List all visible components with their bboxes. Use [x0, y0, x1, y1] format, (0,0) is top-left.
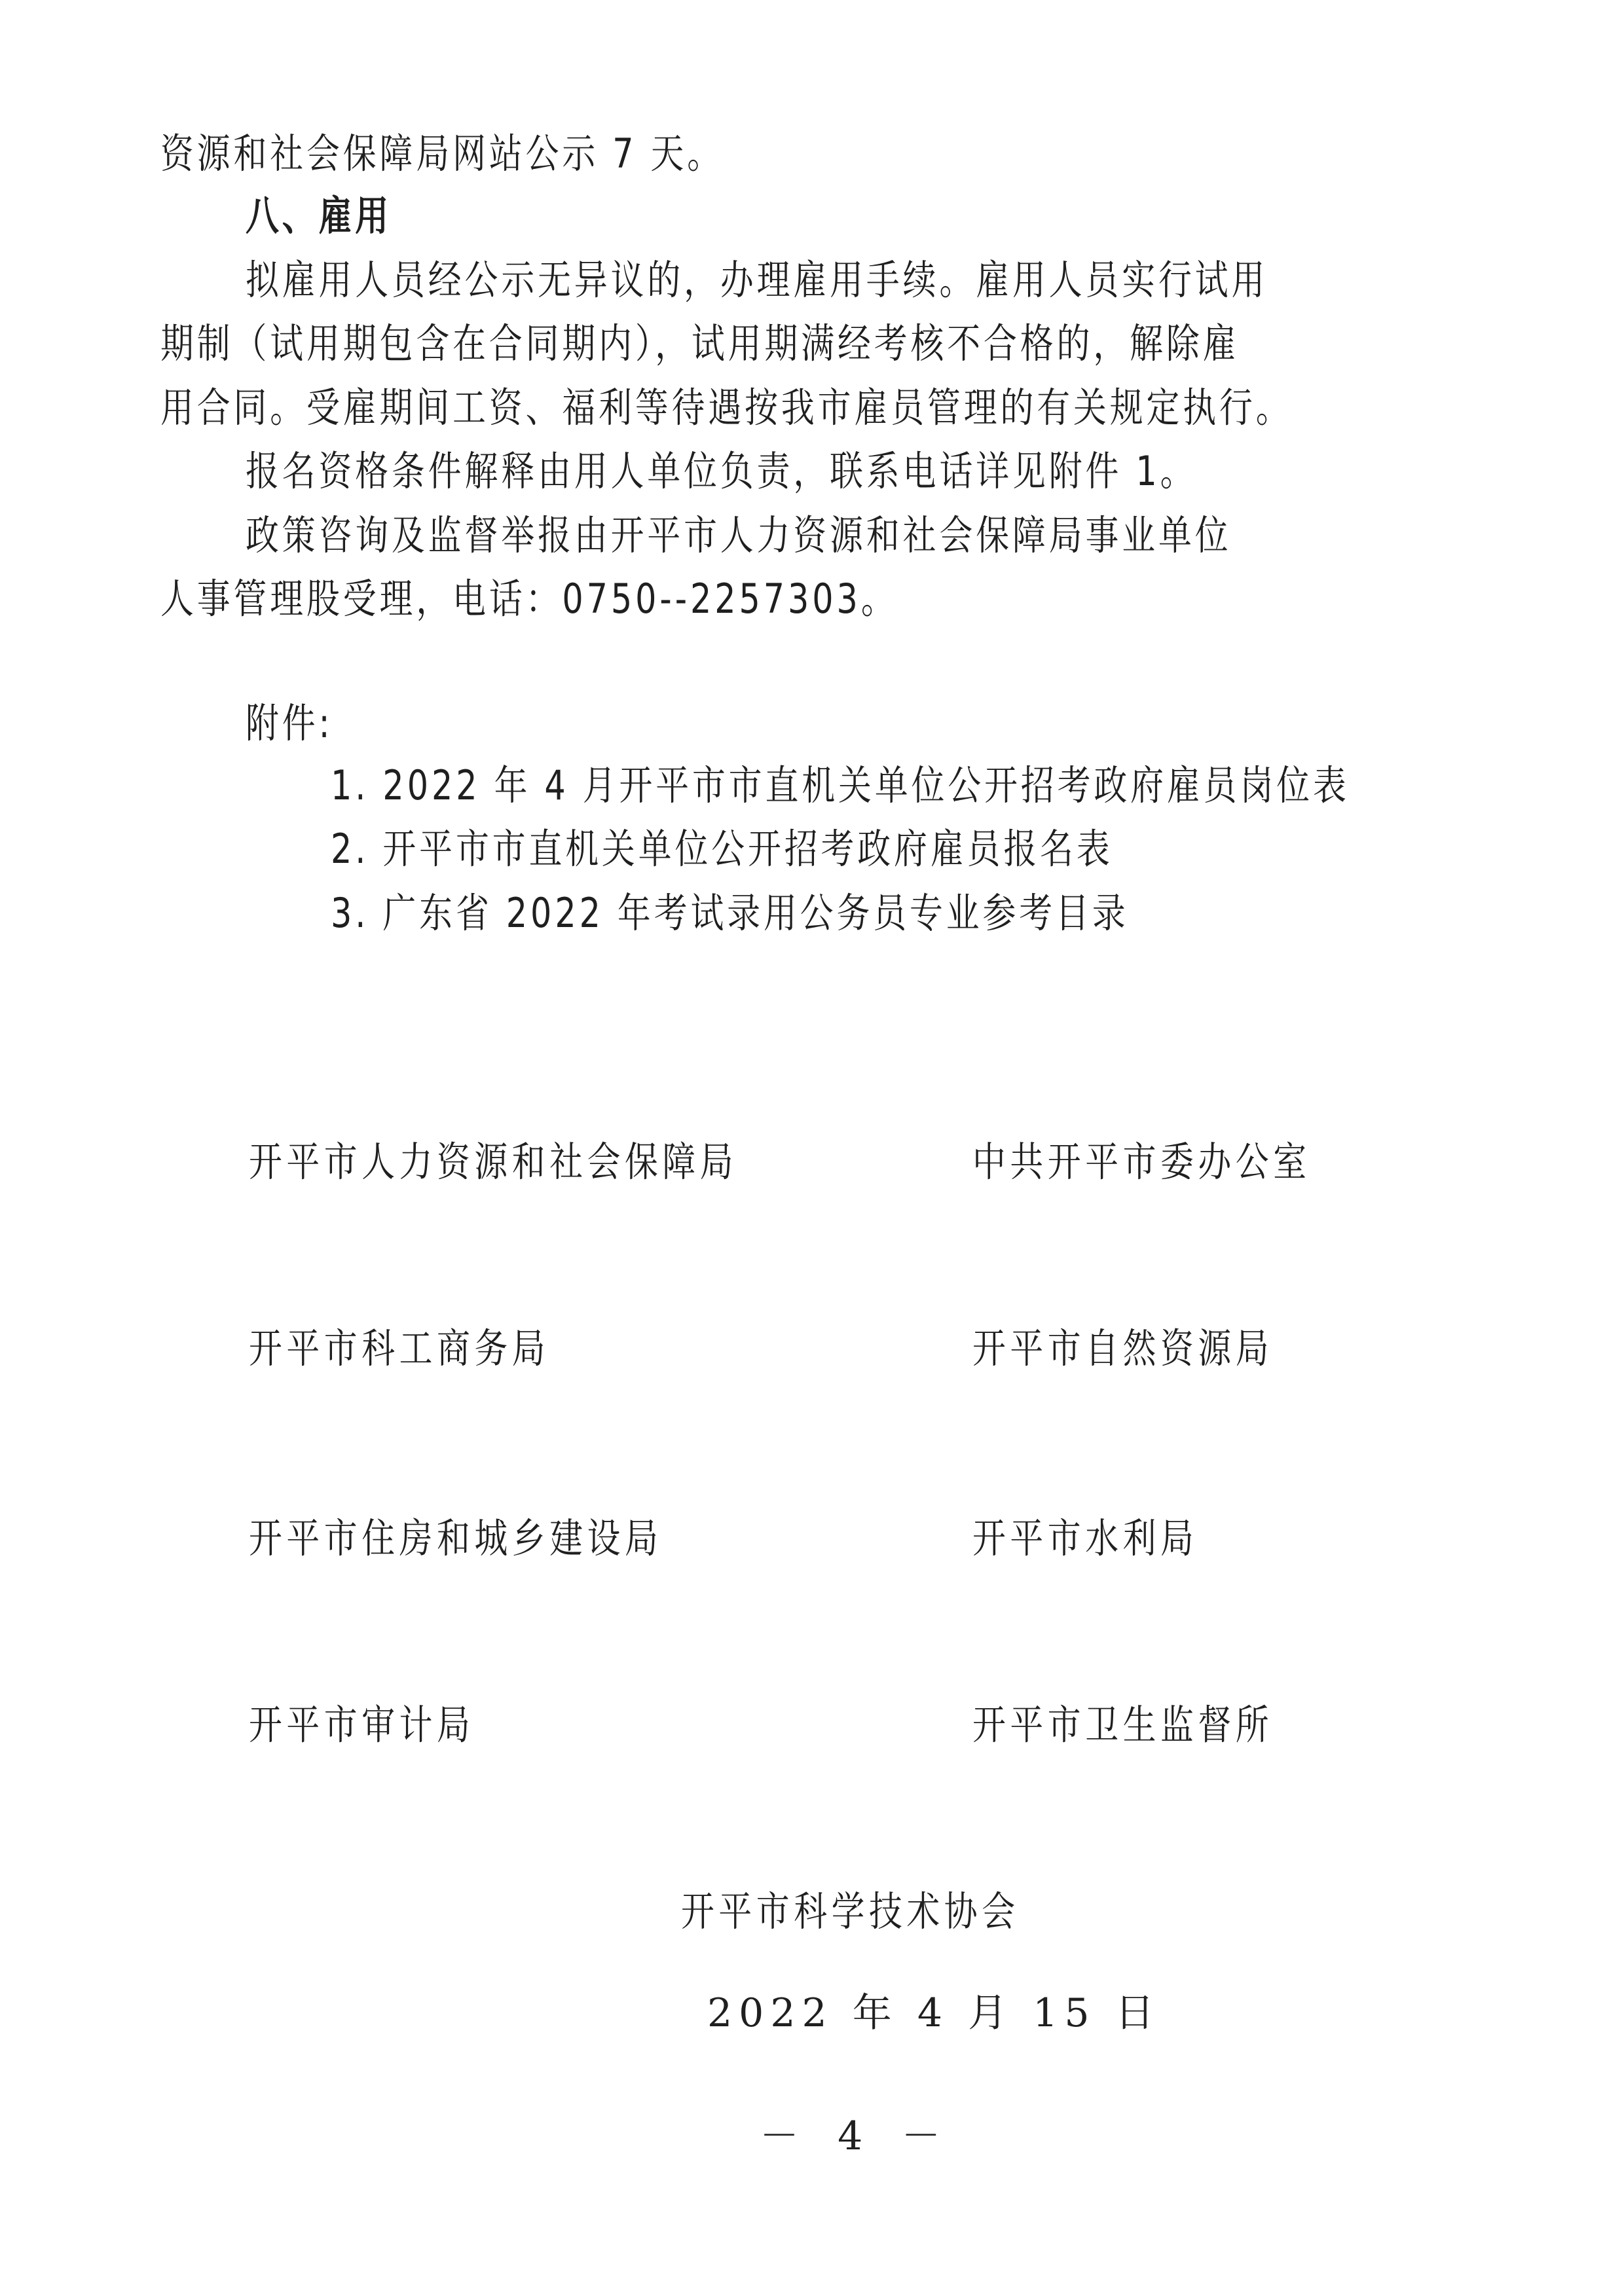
paragraph-1-line-2: 期制（试用期包含在合同期内），试用期满经考核不合格的，解除雇: [160, 314, 1229, 373]
paragraph-3-line-1: 政策咨询及监督举报由开平市人力资源和社会保障局事业单位: [246, 506, 1244, 565]
paragraph-3-line-2: 人事管理股受理，电话：0750--2257303。: [160, 570, 1229, 629]
signatory-water-bureau: 开平市水利局: [972, 1509, 1198, 1568]
signatory-housing-bureau: 开平市住房和城乡建设局: [249, 1509, 662, 1568]
attachment-item-1: 1. 2022 年 4 月开平市市直机关单位公开招考政府雇员岗位表: [331, 756, 1399, 815]
body-line-continuation: 资源和社会保障局网站公示 7 天。: [160, 124, 1229, 183]
paragraph-1-line-3: 用合同。受雇期间工资、福利等待遇按我市雇员管理的有关规定执行。: [160, 378, 1229, 437]
paragraph-1-line-1: 拟雇用人员经公示无异议的，办理雇用手续。雇用人员实行试用: [246, 251, 1244, 310]
page-number: － 4 －: [760, 2107, 953, 2166]
signatory-health-supervision: 开平市卫生监督所: [972, 1696, 1273, 1755]
signatory-audit-bureau: 开平市审计局: [249, 1696, 474, 1755]
signatory-hr-bureau: 开平市人力资源和社会保障局: [249, 1133, 737, 1192]
paragraph-2: 报名资格条件解释由用人单位负责，联系电话详见附件 1。: [246, 442, 1244, 501]
signatory-party-office: 中共开平市委办公室: [972, 1133, 1311, 1192]
attachment-item-2: 2. 开平市市直机关单位公开招考政府雇员报名表: [331, 820, 1399, 879]
issue-date: 2022 年 4 月 15 日: [707, 1984, 1161, 2043]
signatory-natural-resources-bureau: 开平市自然资源局: [972, 1319, 1273, 1378]
signatory-science-association: 开平市科学技术协会: [681, 1882, 1020, 1941]
attachments-label: 附件:: [246, 694, 1314, 753]
signatory-commerce-bureau: 开平市科工商务局: [249, 1319, 549, 1378]
section-heading: 八、雇用: [246, 187, 1314, 246]
attachment-item-3: 3. 广东省 2022 年考试录用公务员专业参考目录: [331, 884, 1399, 943]
document-page: 资源和社会保障局网站公示 7 天。 八、雇用 拟雇用人员经公示无异议的，办理雇用…: [0, 0, 1624, 2296]
